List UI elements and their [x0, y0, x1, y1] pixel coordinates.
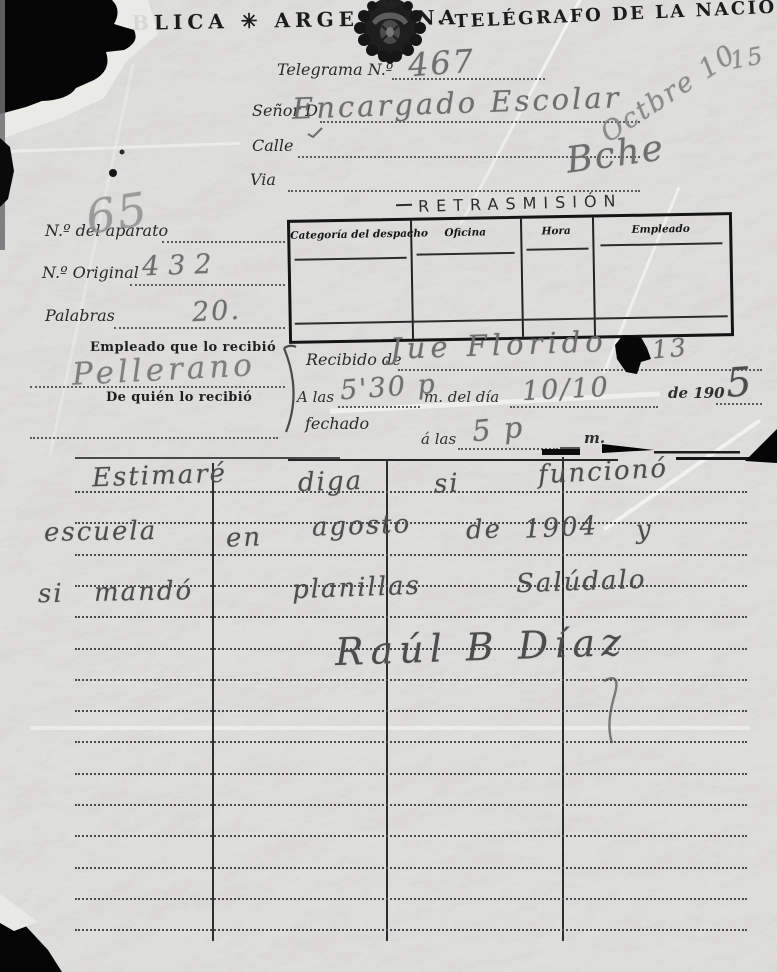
damage-overlay: [0, 0, 777, 972]
telegram-form-scan: BLICA ✳ ARGENTINA · TELÉGRAFO DE LA NACI…: [0, 0, 777, 972]
